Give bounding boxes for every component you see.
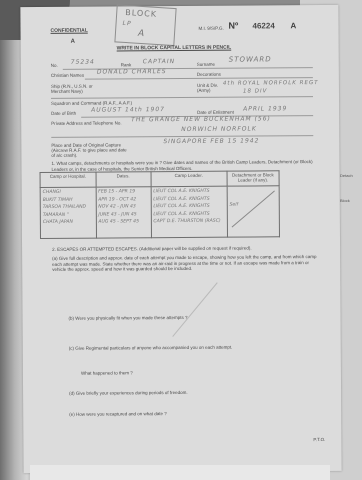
camp-cell: CHANGI BUKIT TIMAH TARSOA THAILAND TAMAR…	[40, 187, 96, 238]
table-row: CHANGI BUKIT TIMAH TARSOA THAILAND TAMAR…	[40, 186, 279, 239]
section2-question-b: (b) Were you physically fit when you mad…	[69, 315, 188, 321]
section2-question-c: (c) Give Regimental particulars of anyon…	[69, 345, 233, 351]
section2-question-c2: What happened to them ?	[81, 370, 133, 375]
field-value-unit-div: 18 DIV	[243, 88, 267, 94]
field-label-address: Private Address and Telephone No.	[51, 120, 122, 125]
field-label-unit: Unit & Div. (Army)	[197, 83, 221, 93]
camp-dates: AUG 45 - SEPT 45	[98, 219, 148, 227]
page-bottom-edge	[30, 465, 330, 480]
pto: P.T.O.	[313, 437, 325, 442]
section2-heading: 2. ESCAPES OR ATTEMPTED ESCAPES. (Additi…	[52, 246, 252, 252]
field-value-dob: AUGUST 14th 1907	[91, 106, 165, 114]
paper-crease	[172, 282, 217, 337]
section2-question-e: (e) How were you recaptured and on what …	[69, 411, 167, 417]
field-label-surname: Surname	[197, 62, 215, 67]
column-header: Dates.	[96, 172, 151, 187]
underline	[85, 77, 313, 80]
field-label-ship: Ship (R.N., U.S.N. or Merchant Navy)	[51, 84, 99, 94]
back-sheet-label: Detach	[340, 173, 353, 178]
field-label-christian-names: Christian Names	[51, 73, 84, 78]
section2-question-a: (a) Give full description and approx. da…	[52, 254, 322, 272]
instruction: WRITE IN BLOCK CAPITAL LETTERS IN PENCIL	[117, 45, 232, 52]
table-header-row: Camp or Hospital. Dates. Camp Leader. De…	[40, 171, 279, 188]
corner-mark: A	[71, 39, 75, 45]
field-value-no: 75234	[71, 59, 95, 66]
field-label-dob: Date of Birth	[51, 111, 76, 116]
ref-no-prefix: Nº	[228, 21, 238, 31]
ref-number: 46224	[252, 21, 274, 30]
stamp-text: A	[138, 29, 146, 39]
field-value-unit: 4th ROYAL NORFOLK REGT	[223, 80, 319, 87]
camp-name: TARSOA THAILAND	[43, 204, 94, 212]
field-value-address: THE GRANGE NEW BUCKENHAM (56)	[131, 115, 271, 123]
camps-table: Camp or Hospital. Dates. Camp Leader. De…	[40, 170, 280, 239]
stamp-text: LP	[122, 20, 131, 28]
camp-leader: CAPT D.E. THURSTON (RASC)	[153, 218, 224, 226]
field-label-rank: Rank	[121, 62, 132, 67]
field-label-enlistment: Date of Enlistment	[197, 110, 234, 115]
field-value-capture: SINGAPORE FEB 15 1942	[163, 137, 259, 145]
leader-cell: LIEUT COL A.E. KNIGHTS LIEUT COL A.E. KN…	[151, 186, 228, 238]
block-leader-cell: Self	[227, 186, 280, 237]
stamp-text: BLOCK	[125, 8, 157, 19]
field-value-address-line2: NORWICH NORFOLK	[181, 125, 257, 133]
column-header: Camp Leader.	[151, 171, 227, 187]
block-stamp: BLOCK LP A	[114, 4, 176, 46]
field-sublabel-capture: (Aircrew R.A.F. to give place and date o…	[51, 147, 131, 158]
field-value-surname: STOWARD	[229, 55, 272, 63]
dates-cell: FEB 15 - APR 19 APR 19 - OCT 42 NOV 42 -…	[96, 187, 151, 238]
ref-suffix: A	[290, 21, 296, 30]
back-sheet-label: Block	[340, 198, 350, 203]
column-header: Camp or Hospital.	[40, 172, 96, 187]
field-value-christian-names: DONALD CHARLES	[97, 68, 167, 75]
field-value-enlistment: APRIL 1939	[243, 105, 287, 112]
underline	[51, 96, 313, 99]
field-label-decorations: Decorations	[197, 72, 221, 77]
camp-name: CHATA JAPAN	[43, 219, 94, 227]
column-header: Detachment or Block Leader (if any).	[227, 171, 279, 186]
section2-question-d: (d) Give briefly your experiences during…	[69, 390, 188, 396]
field-value-rank: CAPTAIN	[143, 58, 175, 65]
classification: CONFIDENTIAL	[51, 28, 88, 34]
field-label-squadron: Squadron and Command (R.A.F., A.A.F.)	[51, 100, 132, 106]
ref-label: M.I. 9/S/P.G.	[199, 26, 224, 31]
field-label-no: No.	[51, 63, 58, 68]
document-page: BLOCK LP A CONFIDENTIAL M.I. 9/S/P.G. Nº…	[20, 5, 341, 473]
